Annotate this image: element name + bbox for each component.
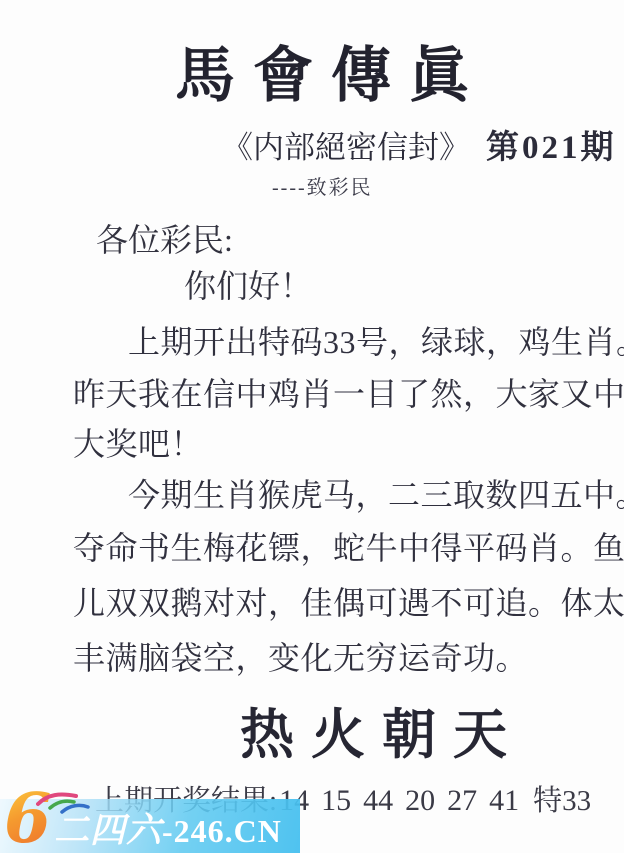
result-number: 44	[363, 784, 393, 817]
letter-title: 馬會傳眞	[0, 46, 624, 106]
site-name: 二四六	[54, 811, 162, 850]
paragraph2-line2: 夺命书生梅花镖，蛇牛中得平码肖。鱼	[73, 532, 624, 564]
fax-page: 馬會傳眞 《内部絕密信封》第021期 ----致彩民 各位彩民: 你们好！ 上期…	[0, 0, 624, 853]
result-number: 41	[489, 784, 519, 817]
paragraph2-line4: 丰满脑袋空，变化无穷运奇功。	[73, 642, 528, 674]
paragraph2-line3: 儿双双鹅对对，佳偶可遇不可追。体太	[73, 587, 624, 619]
paragraph1-line3: 大奖吧！	[73, 428, 203, 460]
paragraph1-line1: 上期开出特码33号，绿球，鸡生肖。	[128, 326, 624, 358]
letter-subtitle-row: 《内部絕密信封》第021期	[222, 132, 617, 165]
result-number: 15	[321, 784, 351, 817]
slogan: 热火朝天	[240, 708, 524, 762]
result-number: 27	[447, 784, 477, 817]
site-domain: -246.CN	[162, 813, 282, 849]
watermark-site: 二四六-246.CN	[54, 813, 282, 848]
result-special-number: 特33	[533, 785, 591, 817]
paragraph2-line1: 今期生肖猴虎马，二三取数四五中。	[128, 479, 624, 511]
dedication-line: ----致彩民	[272, 178, 373, 198]
letter-subtitle: 《内部絕密信封》	[222, 130, 470, 165]
salutation: 各位彩民:	[96, 224, 233, 256]
greeting: 你们好！	[184, 270, 312, 302]
issue-number: 第021期	[486, 130, 617, 166]
paragraph1-line2: 昨天我在信中鸡肖一目了然，大家又中	[73, 378, 624, 410]
result-number: 20	[405, 784, 435, 817]
